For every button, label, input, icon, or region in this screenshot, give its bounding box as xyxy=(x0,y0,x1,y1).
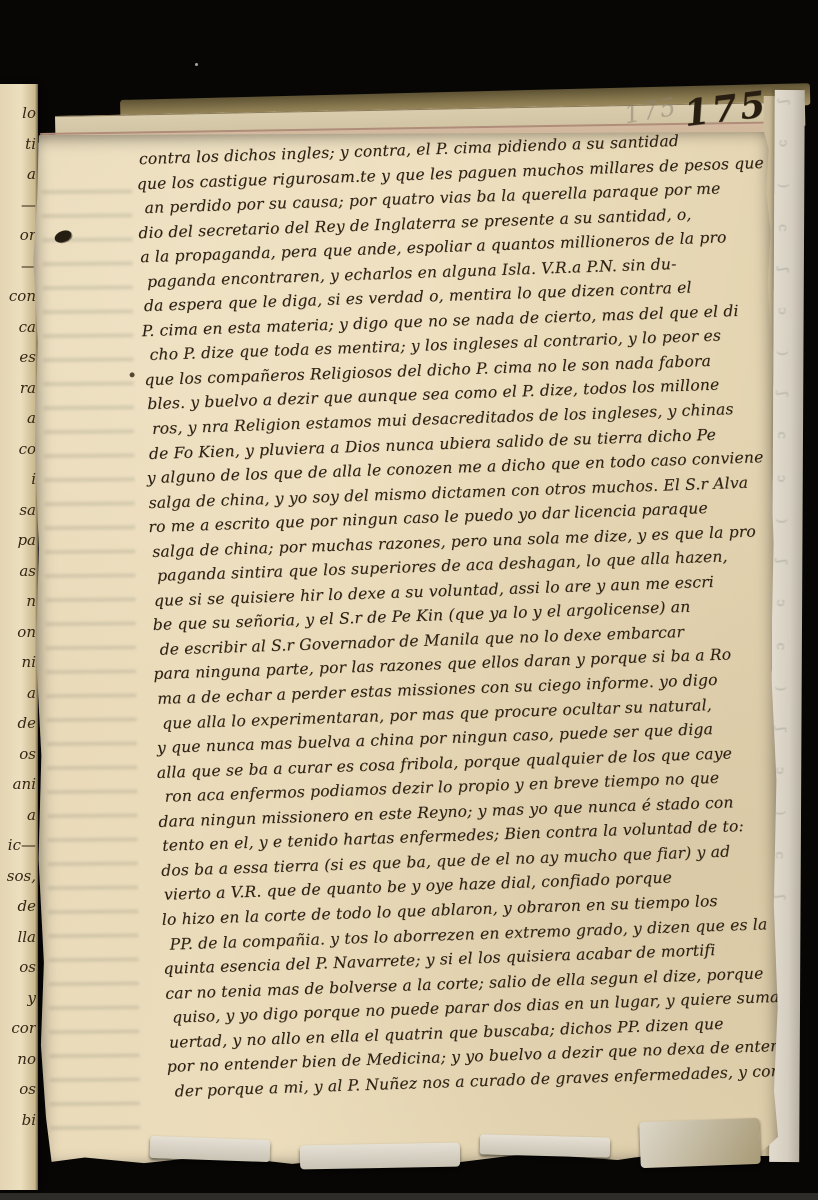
bottom-paper-shard xyxy=(300,1143,460,1170)
previous-page-letter-fragment: lo xyxy=(2,104,36,122)
previous-page-letter-fragment: ca xyxy=(2,318,36,336)
previous-page-letter-fragment: es xyxy=(2,348,36,366)
previous-page-letter-fragment: no xyxy=(2,1050,36,1068)
dust-speck xyxy=(195,63,198,66)
previous-page-letter-fragment: lla xyxy=(2,928,36,946)
previous-page-edge: lotia—or—concaesraacoisapaasnonniadeosan… xyxy=(0,84,38,1190)
previous-page-letter-fragment: a xyxy=(2,409,36,427)
previous-page-letter-fragment: y xyxy=(2,989,36,1007)
previous-page-letter-fragment: pa xyxy=(2,531,36,549)
previous-page-letter-fragment: os xyxy=(2,958,36,976)
scan-bottom-strip xyxy=(0,1193,818,1200)
previous-page-letter-fragment: a xyxy=(2,806,36,824)
previous-page-letter-fragment: cor xyxy=(2,1019,36,1037)
previous-page-letter-fragment: a xyxy=(2,165,36,183)
manuscript-leaf: contra los dichos ingles; y contra, el P… xyxy=(32,129,781,1169)
previous-page-letter-fragment: — xyxy=(2,257,36,275)
previous-page-letter-fragment: ra xyxy=(2,379,36,397)
previous-page-letter-fragment: sa xyxy=(2,501,36,519)
previous-page-letter-fragment: or xyxy=(2,226,36,244)
bottom-paper-shard xyxy=(480,1134,610,1157)
manuscript-photo: lotia—or—concaesraacoisapaasnonniadeosan… xyxy=(0,0,818,1200)
previous-page-letter-fragment: os xyxy=(2,745,36,763)
previous-page-letter-fragment: de xyxy=(2,897,36,915)
margin-ink-dot xyxy=(130,372,135,377)
previous-page-letter-fragment: n xyxy=(2,592,36,610)
previous-page-letter-fragment: con xyxy=(2,287,36,305)
previous-page-letter-fragment: ti xyxy=(2,135,36,153)
previous-page-letter-fragment: co xyxy=(2,440,36,458)
previous-page-letter-fragment: sos, xyxy=(2,867,36,885)
handwritten-text-block: contra los dichos ingles; y contra, el P… xyxy=(136,128,816,1107)
previous-page-letter-fragment: — xyxy=(2,196,36,214)
bottom-paper-shard xyxy=(150,1136,271,1162)
previous-page-letter-fragment: de xyxy=(2,714,36,732)
previous-page-letter-fragment: i xyxy=(2,470,36,488)
previous-page-letter-fragment: os xyxy=(2,1080,36,1098)
previous-page-letter-fragment: on xyxy=(2,623,36,641)
previous-page-letter-fragment: ic— xyxy=(2,836,36,854)
bottom-paper-shard xyxy=(639,1118,761,1168)
previous-page-letter-fragment: a xyxy=(2,684,36,702)
previous-page-letter-fragment: bi xyxy=(2,1111,36,1129)
previous-page-letter-fragment: ni xyxy=(2,653,36,671)
verso-ink-bleedthrough xyxy=(42,174,140,1135)
previous-page-letter-fragment: ani xyxy=(2,775,36,793)
previous-page-letter-fragment: as xyxy=(2,562,36,580)
